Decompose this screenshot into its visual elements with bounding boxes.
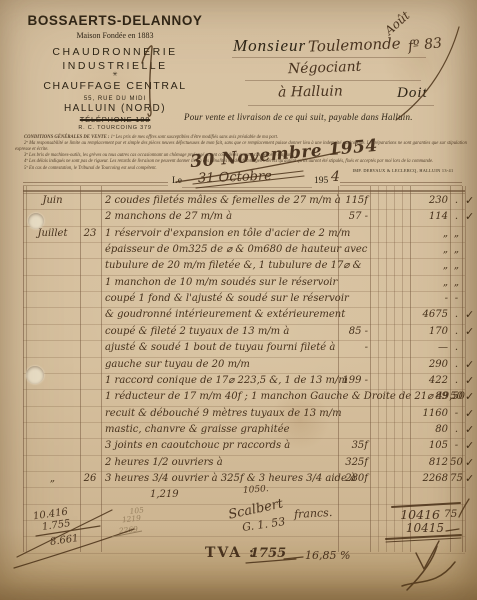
- cell-price: [334, 307, 368, 323]
- cell-day: [80, 307, 100, 323]
- cell-fr: „: [406, 242, 448, 258]
- cell-month: [26, 422, 79, 438]
- cell-month: [26, 438, 79, 454]
- cell-fr: —: [406, 340, 448, 356]
- cell-c: .: [450, 307, 463, 323]
- table-row: Juillet231 réservoir d'expansion en tôle…: [0, 226, 477, 242]
- row-checkmark-icon: ✓: [465, 438, 477, 454]
- cell-price: 325f: [334, 455, 368, 471]
- cell-fr: 170: [406, 324, 448, 340]
- cell-day: [80, 291, 100, 307]
- cell-c: .: [450, 340, 463, 356]
- cell-month: [26, 258, 79, 274]
- cell-price: 280f: [334, 471, 368, 487]
- cell-month: „: [26, 471, 79, 487]
- cell-fr: 89: [406, 389, 448, 405]
- cell-day: [80, 258, 100, 274]
- cell-c: .: [450, 422, 463, 438]
- cell-desc: 3 heures 3/4 ouvrier à 325f & 3 heures 3…: [105, 471, 365, 487]
- cell-c: „: [450, 242, 463, 258]
- cell-desc: & goudronné intérieurement & extérieurem…: [105, 307, 365, 323]
- cell-fr: „: [406, 275, 448, 291]
- row-checkmark-icon: ✓: [465, 209, 477, 225]
- cell-fr: 2268: [406, 471, 448, 487]
- tva-amount: 1755: [250, 546, 286, 561]
- cell-c: 50: [450, 455, 463, 471]
- cell-c: .: [450, 209, 463, 225]
- cell-day: [80, 389, 100, 405]
- row-checkmark-icon: ✓: [465, 406, 477, 422]
- row-checkmark-icon: ✓: [465, 324, 477, 340]
- cell-desc: épaisseur de 0m325 de ⌀ & 0m680 de haute…: [105, 242, 365, 258]
- cell-fr: 1160: [406, 406, 448, 422]
- cell-desc: 3 joints en caoutchouc pr raccords à: [105, 438, 365, 454]
- cell-fr: 105: [406, 438, 448, 454]
- total-centimes: 75: [444, 508, 457, 520]
- cell-price: [334, 226, 368, 242]
- row-checkmark-icon: ✓: [465, 471, 477, 487]
- cell-desc: 2 heures 1/2 ouvriers à: [105, 455, 365, 471]
- table-row: 1 raccord conique de 17⌀ 223,5 &, 1 de 1…: [0, 373, 477, 389]
- table-row: 1 réducteur de 17 m/m 40f ; 1 manchon Ga…: [0, 389, 477, 405]
- row-checkmark-icon: [465, 275, 477, 291]
- cell-day: [80, 209, 100, 225]
- cell-month: [26, 307, 79, 323]
- row-checkmark-icon: ✓: [465, 389, 477, 405]
- table-row: mastic, chanvre & graisse graphitée80.✓: [0, 422, 477, 438]
- row-checkmark-icon: ✓: [465, 193, 477, 209]
- cell-price: [334, 389, 368, 405]
- cell-c: „: [450, 275, 463, 291]
- row-checkmark-icon: [465, 340, 477, 356]
- cell-c: -: [450, 406, 463, 422]
- table-row: coupé 1 fond & l'ajusté & soudé sur le r…: [0, 291, 477, 307]
- tva-rate: 16,85 %: [305, 549, 350, 562]
- sub-calc-2: 1050.: [243, 484, 269, 496]
- cell-c: -: [450, 291, 463, 307]
- cell-month: [26, 340, 79, 356]
- cell-desc: 1 réducteur de 17 m/m 40f ; 1 manchon Ga…: [105, 389, 365, 405]
- row-checkmark-icon: ✓: [465, 373, 477, 389]
- punch-hole-bottom: [26, 366, 44, 384]
- cell-desc: recuit & débouché 9 mètres tuyaux de 13 …: [105, 406, 365, 422]
- cell-c: -: [450, 438, 463, 454]
- cell-c: .: [450, 357, 463, 373]
- cell-day: [80, 275, 100, 291]
- cell-desc: coupé 1 fond & l'ajusté & soudé sur le r…: [105, 291, 365, 307]
- cell-fr: 290: [406, 357, 448, 373]
- cell-fr: 80: [406, 422, 448, 438]
- punch-hole-top: [28, 213, 44, 229]
- table-row: Juin2 coudes filetés mâles & femelles de…: [0, 193, 477, 209]
- table-row: „263 heures 3/4 ouvrier à 325f & 3 heure…: [0, 471, 477, 487]
- cell-month: [26, 389, 79, 405]
- row-checkmark-icon: ✓: [465, 307, 477, 323]
- cell-day: [80, 324, 100, 340]
- cell-month: Juin: [26, 193, 79, 209]
- tva-label: TVA :: [205, 545, 256, 561]
- cell-price: [334, 422, 368, 438]
- cell-price: 115f: [334, 193, 368, 209]
- cell-fr: 114: [406, 209, 448, 225]
- cell-month: [26, 406, 79, 422]
- cell-desc: coupé & fileté 2 tuyaux de 13 m/m à: [105, 324, 365, 340]
- cell-month: [26, 242, 79, 258]
- cell-day: [80, 455, 100, 471]
- cell-price: [334, 242, 368, 258]
- cell-price: -: [334, 340, 368, 356]
- cell-price: [334, 258, 368, 274]
- cell-fr: 4675: [406, 307, 448, 323]
- cell-day: [80, 242, 100, 258]
- cell-day: [80, 422, 100, 438]
- cell-c: .: [450, 193, 463, 209]
- cell-day: [80, 357, 100, 373]
- table-row: gauche sur tuyau de 20 m/m290.✓: [0, 357, 477, 373]
- cell-price: 57 -: [334, 209, 368, 225]
- cell-fr: 812: [406, 455, 448, 471]
- cell-c: 75: [450, 471, 463, 487]
- table-row: 3 joints en caoutchouc pr raccords à35f1…: [0, 438, 477, 454]
- total-rounded: 10415: [400, 521, 444, 535]
- cell-month: [26, 291, 79, 307]
- cell-day: [80, 373, 100, 389]
- cell-price: 199 -: [334, 373, 368, 389]
- cell-desc: ajusté & soudé 1 bout de tuyau fourni fi…: [105, 340, 365, 356]
- cell-month: [26, 455, 79, 471]
- table-row: & goudronné intérieurement & extérieurem…: [0, 307, 477, 323]
- cell-day: [80, 193, 100, 209]
- cell-day: [80, 406, 100, 422]
- row-checkmark-icon: ✓: [465, 455, 477, 471]
- cell-day: [80, 438, 100, 454]
- cell-desc: 2 manchons de 27 m/m à: [105, 209, 365, 225]
- table-row: 1 manchon de 10 m/m soudés sur le réserv…: [0, 275, 477, 291]
- cell-price: [334, 357, 368, 373]
- table-row: épaisseur de 0m325 de ⌀ & 0m680 de haute…: [0, 242, 477, 258]
- cell-desc: tubulure de 20 m/m filetée &, 1 tubulure…: [105, 258, 365, 274]
- invoice-scan: BOSSAERTS-DELANNOY Maison Fondée en 1883…: [0, 0, 477, 600]
- cell-fr: -: [406, 291, 448, 307]
- cell-fr: 422: [406, 373, 448, 389]
- cell-price: 35f: [334, 438, 368, 454]
- cell-desc: mastic, chanvre & graisse graphitée: [105, 422, 365, 438]
- cell-c: 50: [450, 389, 463, 405]
- table-row: tubulure de 20 m/m filetée &, 1 tubulure…: [0, 258, 477, 274]
- table-row: coupé & fileté 2 tuyaux de 13 m/m à85 -1…: [0, 324, 477, 340]
- cell-fr: „: [406, 226, 448, 242]
- table-row: recuit & débouché 9 mètres tuyaux de 13 …: [0, 406, 477, 422]
- cell-desc: 1 réservoir d'expansion en tôle d'acier …: [105, 226, 365, 242]
- row-checkmark-icon: [465, 226, 477, 242]
- cell-price: 85 -: [334, 324, 368, 340]
- cell-c: „: [450, 226, 463, 242]
- cell-price: [334, 275, 368, 291]
- cell-day: [80, 340, 100, 356]
- cell-day: 23: [80, 226, 100, 242]
- cell-c: .: [450, 324, 463, 340]
- row-checkmark-icon: [465, 258, 477, 274]
- table-row: 2 heures 1/2 ouvriers à325f81250✓: [0, 455, 477, 471]
- cell-c: .: [450, 373, 463, 389]
- row-checkmark-icon: ✓: [465, 357, 477, 373]
- table-row: 2 manchons de 27 m/m à57 -114.✓: [0, 209, 477, 225]
- cell-day: 26: [80, 471, 100, 487]
- total-francs: 10416: [396, 507, 440, 522]
- row-checkmark-icon: [465, 291, 477, 307]
- cell-desc: 2 coudes filetés mâles & femelles de 27 …: [105, 193, 365, 209]
- cell-fr: „: [406, 258, 448, 274]
- cell-desc: gauche sur tuyau de 20 m/m: [105, 357, 365, 373]
- cell-month: [26, 275, 79, 291]
- francs-label: francs.: [294, 506, 333, 521]
- cell-price: [334, 406, 368, 422]
- table-row: ajusté & soudé 1 bout de tuyau fourni fi…: [0, 340, 477, 356]
- cell-desc: 1 manchon de 10 m/m soudés sur le réserv…: [105, 275, 365, 291]
- row-checkmark-icon: [465, 242, 477, 258]
- cell-price: [334, 291, 368, 307]
- cell-fr: 230: [406, 193, 448, 209]
- cell-desc: 1 raccord conique de 17⌀ 223,5 &, 1 de 1…: [105, 373, 365, 389]
- cell-month: [26, 324, 79, 340]
- row-checkmark-icon: ✓: [465, 422, 477, 438]
- cell-c: „: [450, 258, 463, 274]
- sub-calc-1: 1,219: [150, 489, 179, 500]
